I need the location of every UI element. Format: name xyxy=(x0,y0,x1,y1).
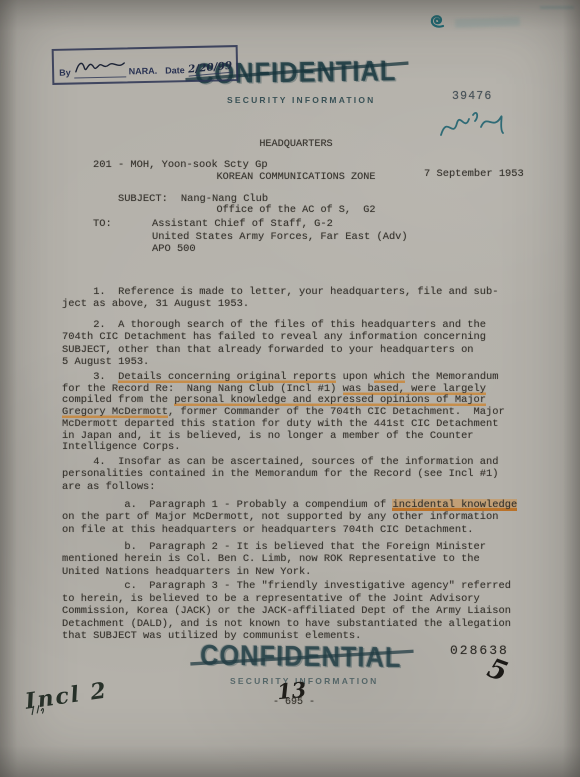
paragraph-5b: b. Paragraph 2 - It is believed that the… xyxy=(62,541,540,578)
nara-declassification-stamp: By NARA. Date 2/20/99 xyxy=(52,45,239,85)
date-line: 7 September 1953 xyxy=(424,168,524,180)
p5a-highlighted-text: incidental knowledge xyxy=(392,499,517,511)
nara-by-label: By xyxy=(59,68,71,78)
p3-highlighted-text: Gregory McDermott xyxy=(62,406,168,418)
paragraph-4: 4. Insofar as can be ascertained, source… xyxy=(62,456,540,493)
p3-highlighted-text: which xyxy=(374,371,405,383)
p3-highlighted-text: Details concerning original reports xyxy=(118,371,336,383)
p3-highlighted-text: was based, were largely xyxy=(343,383,486,395)
p5a-text: on the part of Major McDermott, not supp… xyxy=(62,511,498,535)
subject-label: SUBJECT: xyxy=(118,193,168,205)
handwritten-five: 5 xyxy=(483,653,511,689)
paragraph-1: 1. Reference is made to letter, your hea… xyxy=(62,286,540,311)
nara-date-label: Date xyxy=(165,65,185,75)
p3-highlighted-text: personal knowledge and expressed opinion… xyxy=(174,394,486,406)
file-reference-line: 201 - MOH, Yoon-sook Scty Gp xyxy=(93,159,268,171)
p5a-text: a. Paragraph 1 - Probably a compendium o… xyxy=(62,499,392,511)
paragraph-5c: c. Paragraph 3 - The "friendly investiga… xyxy=(62,580,540,643)
paragraph-3: 3. Details concerning original reports u… xyxy=(62,372,540,454)
nara-org-label: NARA. xyxy=(129,66,158,77)
faint-ink-smudge xyxy=(455,17,520,28)
paragraph-5a: a. Paragraph 1 - Probably a compendium o… xyxy=(62,499,540,536)
to-label: TO: xyxy=(93,218,112,230)
spiral-stamp-icon xyxy=(427,11,451,31)
subject-line: SUBJECT:Nang-Nang Club xyxy=(93,181,268,218)
paragraph-2: 2. A thorough search of the files of thi… xyxy=(62,319,540,369)
faint-ink-dash xyxy=(540,6,574,9)
letterhead-line1: HEADQUARTERS xyxy=(168,139,424,150)
nara-date-value: 2/20/99 xyxy=(187,60,232,77)
p3-text: compiled from the xyxy=(62,394,174,406)
scanned-document-page: By NARA. Date 2/20/99 CONFIDENTIAL SECUR… xyxy=(0,0,580,777)
signature-icon xyxy=(73,56,125,78)
p3-text: 3. xyxy=(62,371,118,383)
p3-text: upon xyxy=(336,371,373,383)
serial-number-top: 39476 xyxy=(452,91,493,103)
handwritten-thirteen: 13 xyxy=(276,677,307,704)
subject-value: Nang-Nang Club xyxy=(181,193,268,205)
handwritten-scribble-icon xyxy=(436,105,508,145)
to-address-block: Assistant Chief of Staff, G-2 United Sta… xyxy=(152,218,408,256)
security-information-line-top: SECURITY INFORMATION xyxy=(227,95,376,105)
handwritten-incl-note: Incl 2 xyxy=(24,677,112,728)
confidential-stamp-bottom: CONFIDENTIAL xyxy=(200,638,402,674)
